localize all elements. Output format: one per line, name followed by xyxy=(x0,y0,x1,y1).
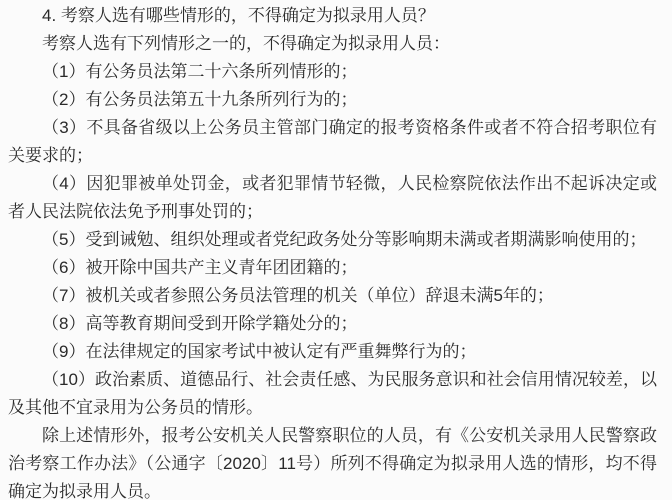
list-item-5: （5）受到诫勉、组织处理或者党纪政务处分等影响期未满或者期满影响使用的； xyxy=(8,226,657,254)
list-item-4: （4）因犯罪被单处罚金，或者犯罪情节轻微，人民检察院依法作出不起诉决定或者人民法… xyxy=(8,170,657,226)
list-item-8: （8）高等教育期间受到开除学籍处分的； xyxy=(8,310,657,338)
list-item-3: （3）不具备省级以上公务员主管部门确定的报考资格条件或者不符合招考职位有关要求的… xyxy=(8,114,657,170)
closing-paragraph: 除上述情形外，报考公安机关人民警察职位的人员，有《公安机关录用人民警察政治考察工… xyxy=(8,422,657,500)
list-item-1: （1）有公务员法第二十六条所列情形的； xyxy=(8,58,657,86)
list-item-7: （7）被机关或者参照公务员法管理的机关（单位）辞退未满5年的； xyxy=(8,282,657,310)
list-item-9: （9）在法律规定的国家考试中被认定有严重舞弊行为的； xyxy=(8,338,657,366)
list-item-10: （10）政治素质、道德品行、社会责任感、为民服务意识和社会信用情况较差，以及其他… xyxy=(8,366,657,422)
answer-intro: 考察人选有下列情形之一的，不得确定为拟录用人员： xyxy=(8,30,657,58)
list-item-6: （6）被开除中国共产主义青年团团籍的； xyxy=(8,254,657,282)
document-page: 4. 考察人选有哪些情形的，不得确定为拟录用人员？ 考察人选有下列情形之一的，不… xyxy=(0,0,672,500)
list-item-2: （2）有公务员法第五十九条所列行为的； xyxy=(8,86,657,114)
question-heading: 4. 考察人选有哪些情形的，不得确定为拟录用人员？ xyxy=(8,2,657,30)
